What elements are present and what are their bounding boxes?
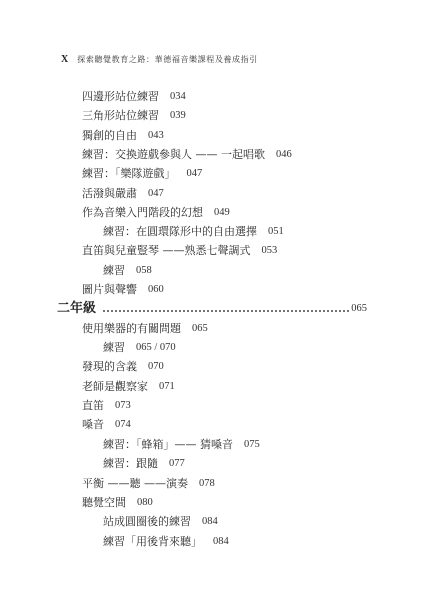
toc-entry-page: 078: [199, 475, 215, 493]
toc-entry-title: 練習：跟隨: [103, 455, 158, 473]
toc-entry-title: 練習：「樂隊遊戲」: [82, 165, 176, 183]
toc-section-heading[interactable]: 二年級 065: [57, 299, 367, 319]
section-page: 065: [351, 299, 367, 319]
toc-entry-page: 071: [159, 378, 175, 396]
toc-entry[interactable]: 嗓音 074: [82, 416, 131, 434]
toc-entry-page: 049: [214, 204, 230, 222]
toc-entry-page: 065 / 070: [136, 339, 176, 357]
toc-entry[interactable]: 三角形站位練習 039: [82, 107, 186, 125]
toc-subentry[interactable]: 練習「用後背來聽」 084: [103, 533, 229, 551]
toc-subentry[interactable]: 練習 065 / 070: [103, 339, 176, 357]
toc-entry[interactable]: 活潑與嚴肅 047: [82, 185, 164, 203]
toc-entry[interactable]: 練習：「樂隊遊戲」 047: [82, 165, 202, 183]
toc-entry[interactable]: 老師是觀察家 071: [82, 378, 175, 396]
toc-entry-title: 練習：交換遊戲參與人 —— 一起唱歌: [82, 146, 265, 164]
toc-entry-page: 080: [137, 494, 153, 512]
toc-entry-page: 065: [192, 320, 208, 338]
toc-entry-title: 站成圓圈後的練習: [103, 513, 191, 531]
toc-entry[interactable]: 獨創的自由 043: [82, 127, 164, 145]
toc-entry-title: 作為音樂入門階段的幻想: [82, 204, 203, 222]
toc-subentry[interactable]: 練習：「蜂箱」—— 猜嗓音 075: [103, 436, 260, 454]
toc-subentry[interactable]: 練習：跟隨 077: [103, 455, 185, 473]
toc-entry-title: 嗓音: [82, 416, 104, 434]
toc-entry-page: 058: [136, 262, 152, 280]
toc-entry-title: 發現的含義: [82, 358, 137, 376]
toc-entry-page: 047: [187, 165, 203, 183]
toc-entry-title: 圖片與聲響: [82, 281, 137, 299]
toc-entry-page: 046: [276, 146, 292, 164]
toc-entry-title: 練習: [103, 262, 125, 280]
toc-entry-page: 047: [148, 185, 164, 203]
toc-entry-title: 獨創的自由: [82, 127, 137, 145]
toc-entry-title: 直笛: [82, 397, 104, 415]
toc-entry-title: 平衡 ——聽 ——演奏: [82, 475, 188, 493]
toc-entry[interactable]: 直笛 073: [82, 397, 131, 415]
toc-entry-page: 070: [148, 358, 164, 376]
toc-entry-page: 051: [268, 223, 284, 241]
toc-entry-page: 077: [169, 455, 185, 473]
toc-entry-page: 053: [262, 242, 278, 260]
toc-entry-page: 060: [148, 281, 164, 299]
toc-entry-page: 075: [244, 436, 260, 454]
dot-leader: [102, 299, 350, 319]
toc-entry-page: 034: [170, 88, 186, 106]
toc-entry-title: 三角形站位練習: [82, 107, 159, 125]
toc-entry-title: 練習：在圓環隊形中的自由選擇: [103, 223, 257, 241]
toc-entry[interactable]: 四邊形站位練習 034: [82, 88, 186, 106]
section-title: 二年級: [57, 299, 96, 319]
toc-entry[interactable]: 直笛與兒童豎琴 ——熟悉七聲調式 053: [82, 242, 277, 260]
toc-entry[interactable]: 聽覺空間 080: [82, 494, 153, 512]
toc-entry-page: 073: [115, 397, 131, 415]
toc-entry-page: 074: [115, 416, 131, 434]
toc-entry-page: 084: [202, 513, 218, 531]
toc-subentry[interactable]: 練習：在圓環隊形中的自由選擇 051: [103, 223, 284, 241]
toc-entry-title: 活潑與嚴肅: [82, 185, 137, 203]
toc-entry[interactable]: 作為音樂入門階段的幻想 049: [82, 204, 230, 222]
toc-entry-title: 使用樂器的有關問題: [82, 320, 181, 338]
toc-entry-page: 043: [148, 127, 164, 145]
toc-entry[interactable]: 使用樂器的有關問題 065: [82, 320, 208, 338]
toc-entry-title: 四邊形站位練習: [82, 88, 159, 106]
table-of-contents: 四邊形站位練習 034 三角形站位練習 039 獨創的自由 043 練習：交換遊…: [0, 0, 428, 600]
toc-subentry[interactable]: 站成圓圈後的練習 084: [103, 513, 218, 531]
toc-entry[interactable]: 圖片與聲響 060: [82, 281, 164, 299]
toc-subentry[interactable]: 練習 058: [103, 262, 152, 280]
toc-entry-title: 老師是觀察家: [82, 378, 148, 396]
toc-entry-title: 練習: [103, 339, 125, 357]
toc-entry-page: 039: [170, 107, 186, 125]
toc-entry-page: 084: [213, 533, 229, 551]
toc-entry-title: 練習：「蜂箱」—— 猜嗓音: [103, 436, 233, 454]
toc-entry-title: 練習「用後背來聽」: [103, 533, 202, 551]
toc-entry-title: 直笛與兒童豎琴 ——熟悉七聲調式: [82, 242, 251, 260]
toc-entry-title: 聽覺空間: [82, 494, 126, 512]
toc-entry[interactable]: 練習：交換遊戲參與人 —— 一起唱歌 046: [82, 146, 292, 164]
toc-entry[interactable]: 平衡 ——聽 ——演奏 078: [82, 475, 215, 493]
toc-entry[interactable]: 發現的含義 070: [82, 358, 164, 376]
